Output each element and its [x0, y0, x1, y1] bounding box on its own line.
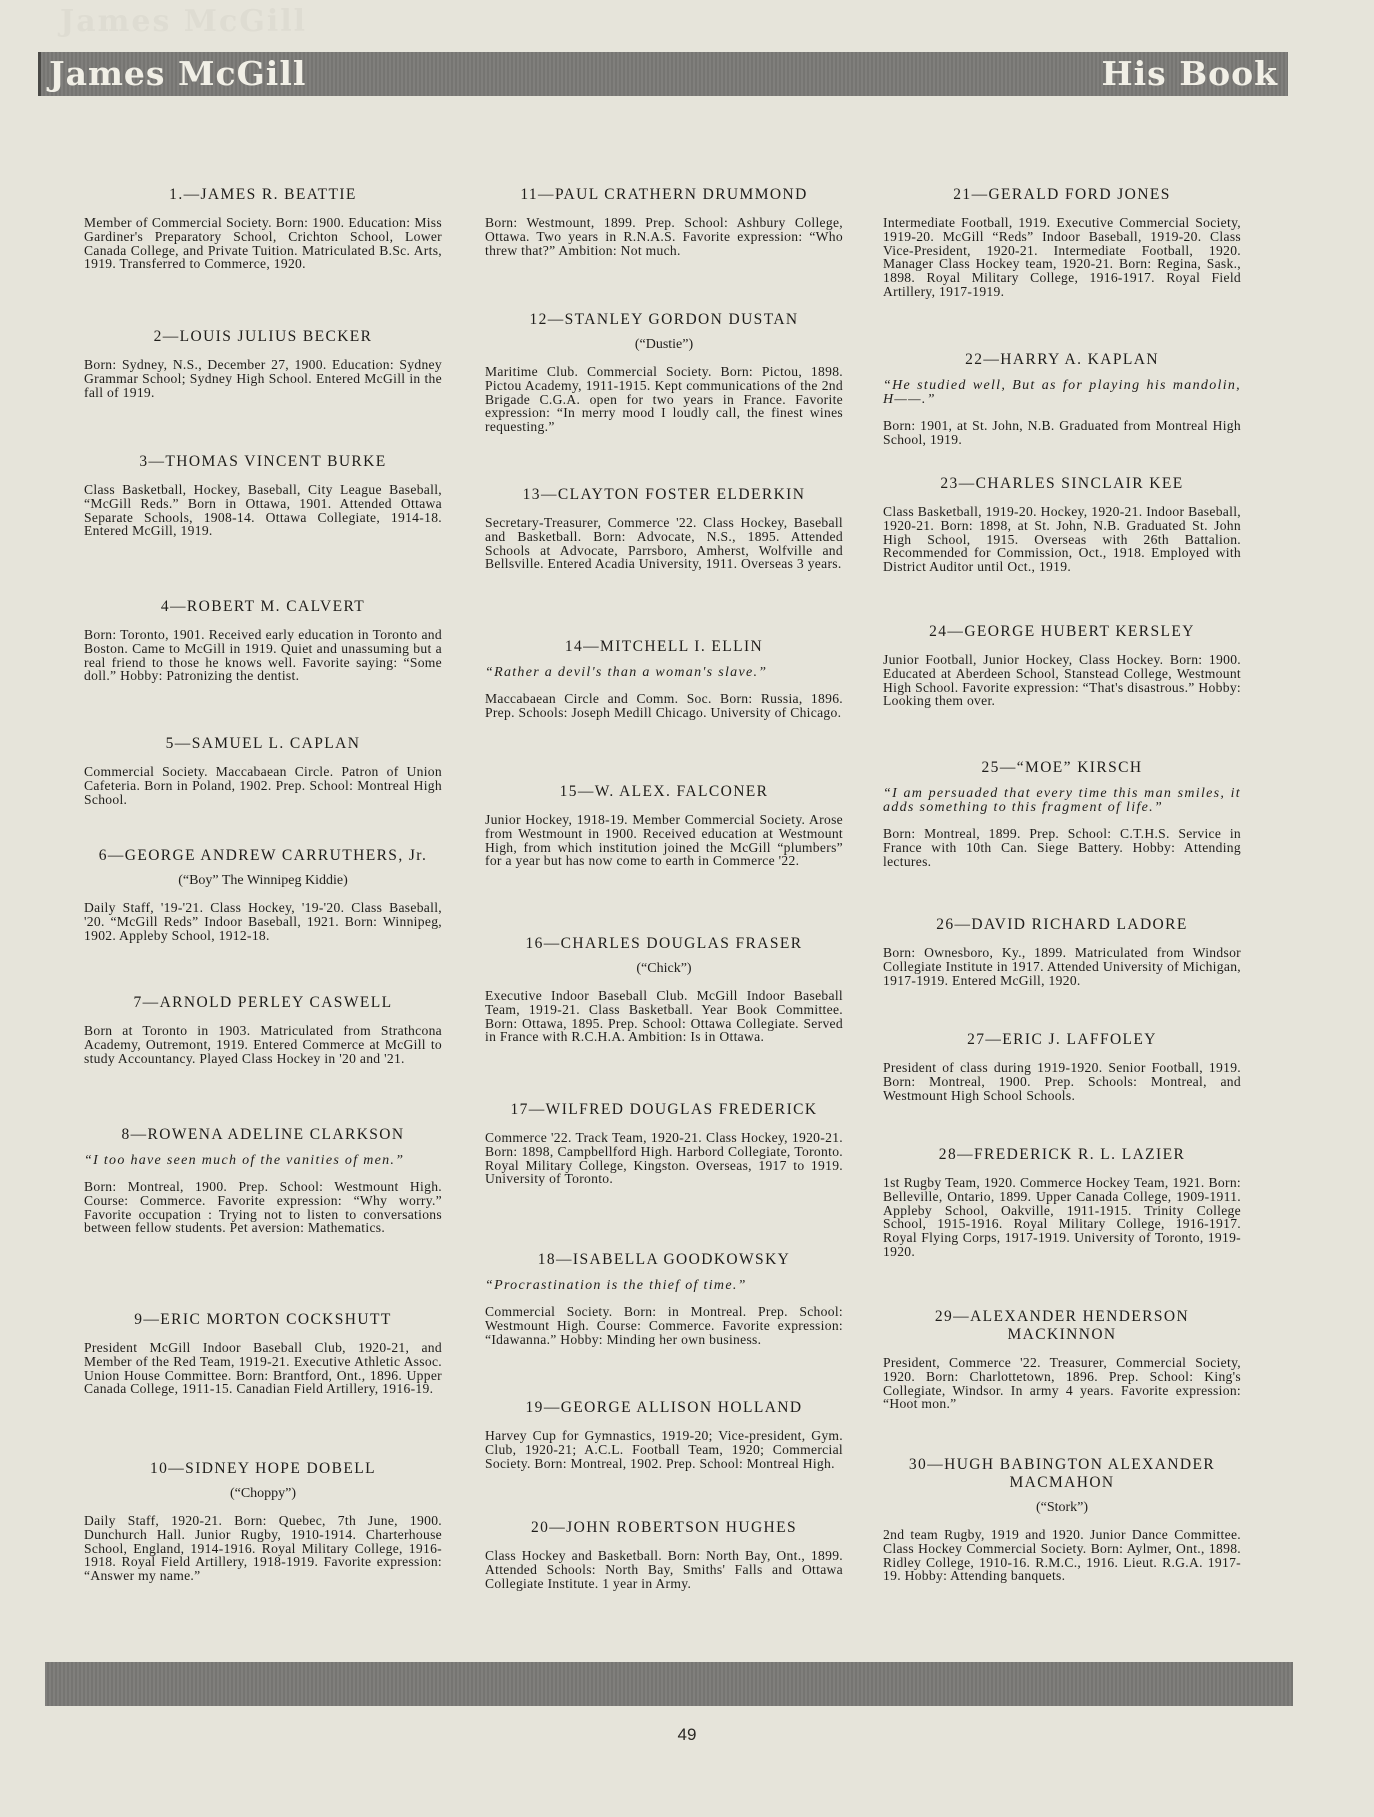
student-entry: 19—GEORGE ALLISON HOLLANDHarvey Cup for … — [485, 1399, 843, 1470]
student-nickname: (“Stork”) — [883, 1500, 1241, 1516]
student-name: 16—CHARLES DOUGLAS FRASER — [485, 935, 843, 953]
student-bio: President of class during 1919-1920. Sen… — [883, 1061, 1241, 1102]
student-entry: 27—ERIC J. LAFFOLEYPresident of class du… — [883, 1031, 1241, 1102]
student-bio: President, Commerce '22. Treasurer, Comm… — [883, 1356, 1241, 1411]
student-bio: Born: Sydney, N.S., December 27, 1900. E… — [84, 358, 442, 399]
student-name: 23—CHARLES SINCLAIR KEE — [883, 475, 1241, 493]
student-name: 5—SAMUEL L. CAPLAN — [84, 735, 442, 753]
student-name: 15—W. ALEX. FALCONER — [485, 783, 843, 801]
footer-band — [45, 1662, 1293, 1706]
student-entry: 12—STANLEY GORDON DUSTAN(“Dustie”)Mariti… — [485, 311, 843, 434]
student-name: 10—SIDNEY HOPE DOBELL — [84, 1460, 442, 1478]
yearbook-page: James McGill James McGill His Book 1.—JA… — [0, 0, 1374, 1817]
student-name: 26—DAVID RICHARD LADORE — [883, 916, 1241, 934]
student-entry: 30—HUGH BABINGTON ALEXANDER MACMAHON(“St… — [883, 1456, 1241, 1583]
student-entry: 18—ISABELLA GOODKOWSKY“Procrastination i… — [485, 1251, 843, 1346]
student-name: 22—HARRY A. KAPLAN — [883, 351, 1241, 369]
student-entry: 14—MITCHELL I. ELLIN“Rather a devil's th… — [485, 638, 843, 720]
student-bio: Commerce '22. Track Team, 1920-21. Class… — [485, 1131, 843, 1186]
student-entry: 5—SAMUEL L. CAPLANCommercial Society. Ma… — [84, 735, 442, 806]
student-name: 12—STANLEY GORDON DUSTAN — [485, 311, 843, 329]
header-left-title: James McGill — [49, 54, 306, 94]
student-nickname: (“Dustie”) — [485, 337, 843, 353]
student-entry: 23—CHARLES SINCLAIR KEEClass Basketball,… — [883, 475, 1241, 574]
student-bio: 1st Rugby Team, 1920. Commerce Hockey Te… — [883, 1176, 1241, 1259]
student-name: 29—ALEXANDER HENDERSON MACKINNON — [883, 1308, 1241, 1344]
student-bio: Member of Commercial Society. Born: 1900… — [84, 216, 442, 271]
student-bio: Junior Football, Junior Hockey, Class Ho… — [883, 653, 1241, 708]
student-quote: “I too have seen much of the vanities of… — [84, 1154, 442, 1168]
student-entry: 4—ROBERT M. CALVERTBorn: Toronto, 1901. … — [84, 598, 442, 683]
student-bio: Commercial Society. Born: in Montreal. P… — [485, 1305, 843, 1346]
student-name: 25—“MOE” KIRSCH — [883, 759, 1241, 777]
student-entry: 21—GERALD FORD JONESIntermediate Footbal… — [883, 186, 1241, 299]
student-bio: President McGill Indoor Baseball Club, 1… — [84, 1341, 442, 1396]
student-entry: 8—ROWENA ADELINE CLARKSON“I too have see… — [84, 1126, 442, 1235]
student-entry: 7—ARNOLD PERLEY CASWELLBorn at Toronto i… — [84, 994, 442, 1065]
student-entry: 10—SIDNEY HOPE DOBELL(“Choppy”)Daily Sta… — [84, 1460, 442, 1583]
bleed-through-text: James McGill — [60, 4, 307, 39]
student-entry: 11—PAUL CRATHERN DRUMMONDBorn: Westmount… — [485, 186, 843, 257]
student-name: 28—FREDERICK R. L. LAZIER — [883, 1146, 1241, 1164]
student-entry: 13—CLAYTON FOSTER ELDERKINSecretary-Trea… — [485, 486, 843, 571]
student-name: 21—GERALD FORD JONES — [883, 186, 1241, 204]
student-bio: Daily Staff, 1920-21. Born: Quebec, 7th … — [84, 1514, 442, 1583]
student-name: 3—THOMAS VINCENT BURKE — [84, 453, 442, 471]
student-bio: Maccabaean Circle and Comm. Soc. Born: R… — [485, 692, 843, 720]
student-name: 30—HUGH BABINGTON ALEXANDER MACMAHON — [883, 1456, 1241, 1492]
student-nickname: (“Chick”) — [485, 961, 843, 977]
student-name: 14—MITCHELL I. ELLIN — [485, 638, 843, 656]
student-entry: 24—GEORGE HUBERT KERSLEYJunior Football,… — [883, 623, 1241, 708]
student-name: 8—ROWENA ADELINE CLARKSON — [84, 1126, 442, 1144]
student-bio: Harvey Cup for Gymnastics, 1919-20; Vice… — [485, 1429, 843, 1470]
student-name: 6—GEORGE ANDREW CARRUTHERS, Jr. — [84, 847, 442, 865]
student-bio: Daily Staff, '19-'21. Class Hockey, '19-… — [84, 901, 442, 942]
student-entry: 26—DAVID RICHARD LADOREBorn: Ownesboro, … — [883, 916, 1241, 987]
student-bio: Class Basketball, Hockey, Baseball, City… — [84, 483, 442, 538]
student-name: 24—GEORGE HUBERT KERSLEY — [883, 623, 1241, 641]
student-entry: 29—ALEXANDER HENDERSON MACKINNONPresiden… — [883, 1308, 1241, 1411]
student-entry: 20—JOHN ROBERTSON HUGHESClass Hockey and… — [485, 1519, 843, 1590]
student-entry: 17—WILFRED DOUGLAS FREDERICKCommerce '22… — [485, 1101, 843, 1186]
student-name: 17—WILFRED DOUGLAS FREDERICK — [485, 1101, 843, 1119]
student-name: 20—JOHN ROBERTSON HUGHES — [485, 1519, 843, 1537]
student-bio: Junior Hockey, 1918-19. Member Commercia… — [485, 813, 843, 868]
student-entry: 3—THOMAS VINCENT BURKEClass Basketball, … — [84, 453, 442, 538]
student-entry: 22—HARRY A. KAPLAN“He studied well, But … — [883, 351, 1241, 447]
student-bio: Secretary-Treasurer, Commerce '22. Class… — [485, 516, 843, 571]
student-quote: “Rather a devil's than a woman's slave.” — [485, 666, 843, 680]
student-name: 18—ISABELLA GOODKOWSKY — [485, 1251, 843, 1269]
student-entry: 16—CHARLES DOUGLAS FRASER(“Chick”)Execut… — [485, 935, 843, 1044]
student-entry: 9—ERIC MORTON COCKSHUTTPresident McGill … — [84, 1311, 442, 1396]
student-bio: Born at Toronto in 1903. Matriculated fr… — [84, 1024, 442, 1065]
student-bio: Class Basketball, 1919-20. Hockey, 1920-… — [883, 505, 1241, 574]
student-bio: Born: 1901, at St. John, N.B. Graduated … — [883, 419, 1241, 447]
student-bio: Born: Montreal, 1899. Prep. School: C.T.… — [883, 827, 1241, 868]
student-bio: Intermediate Football, 1919. Executive C… — [883, 216, 1241, 299]
student-quote: “He studied well, But as for playing his… — [883, 379, 1241, 407]
student-bio: Maritime Club. Commercial Society. Born:… — [485, 365, 843, 434]
student-bio: Executive Indoor Baseball Club. McGill I… — [485, 989, 843, 1044]
student-name: 27—ERIC J. LAFFOLEY — [883, 1031, 1241, 1049]
student-name: 13—CLAYTON FOSTER ELDERKIN — [485, 486, 843, 504]
student-bio: 2nd team Rugby, 1919 and 1920. Junior Da… — [883, 1528, 1241, 1583]
student-name: 4—ROBERT M. CALVERT — [84, 598, 442, 616]
student-entry: 15—W. ALEX. FALCONERJunior Hockey, 1918-… — [485, 783, 843, 868]
student-name: 11—PAUL CRATHERN DRUMMOND — [485, 186, 843, 204]
student-bio: Born: Westmount, 1899. Prep. School: Ash… — [485, 216, 843, 257]
student-bio: Class Hockey and Basketball. Born: North… — [485, 1549, 843, 1590]
student-entry: 2—LOUIS JULIUS BECKERBorn: Sydney, N.S.,… — [84, 328, 442, 399]
student-entry: 28—FREDERICK R. L. LAZIER1st Rugby Team,… — [883, 1146, 1241, 1259]
student-entry: 1.—JAMES R. BEATTIEMember of Commercial … — [84, 186, 442, 271]
header-right-title: His Book — [1101, 54, 1278, 94]
student-bio: Born: Ownesboro, Ky., 1899. Matriculated… — [883, 946, 1241, 987]
student-bio: Born: Toronto, 1901. Received early educ… — [84, 628, 442, 683]
header-band: James McGill His Book — [38, 52, 1288, 96]
student-name: 7—ARNOLD PERLEY CASWELL — [84, 994, 442, 1012]
student-name: 2—LOUIS JULIUS BECKER — [84, 328, 442, 346]
student-bio: Commercial Society. Maccabaean Circle. P… — [84, 765, 442, 806]
student-name: 1.—JAMES R. BEATTIE — [84, 186, 442, 204]
student-entry: 25—“MOE” KIRSCH“I am persuaded that ever… — [883, 759, 1241, 868]
student-nickname: (“Choppy”) — [84, 1486, 442, 1502]
student-name: 9—ERIC MORTON COCKSHUTT — [84, 1311, 442, 1329]
student-quote: “I am persuaded that every time this man… — [883, 787, 1241, 815]
student-nickname: (“Boy” The Winnipeg Kiddie) — [84, 873, 442, 889]
student-name: 19—GEORGE ALLISON HOLLAND — [485, 1399, 843, 1417]
page-number: 49 — [0, 1725, 1374, 1745]
student-quote: “Procrastination is the thief of time.” — [485, 1279, 843, 1293]
student-entry: 6—GEORGE ANDREW CARRUTHERS, Jr.(“Boy” Th… — [84, 847, 442, 942]
student-bio: Born: Montreal, 1900. Prep. School: West… — [84, 1180, 442, 1235]
